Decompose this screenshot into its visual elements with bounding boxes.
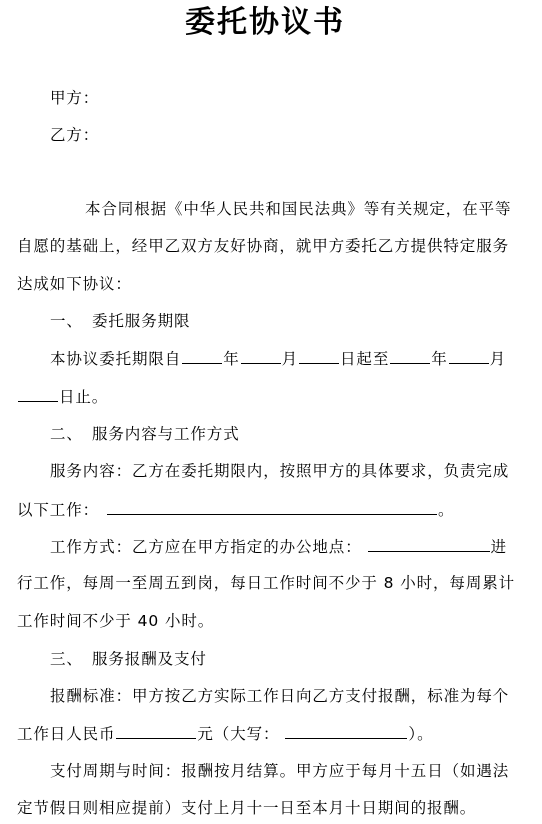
fee-standard-line-1: 报酬标准：甲方按乙方实际工作日向乙方支付报酬，标准为每个 xyxy=(50,686,509,706)
work-method-line-2: 行工作，每周一至周五到岗，每日工作时间不少于 8 小时，每周累计 xyxy=(17,573,515,593)
service-content-line-2: 以下工作：。 xyxy=(17,499,454,520)
start-month-blank[interactable] xyxy=(241,348,281,364)
term-end-label: 日止。 xyxy=(59,388,108,406)
preamble-line-1: 本合同根据《中华人民共和国民法典》等有关规定，在平等 xyxy=(85,199,511,219)
term-prefix: 本协议委托期限自 xyxy=(50,350,181,368)
work-items-blank[interactable] xyxy=(107,499,437,515)
fee-standard-line-2: 工作日人民币元（大写：）。 xyxy=(17,723,433,744)
day-start-label: 日起至 xyxy=(340,350,389,368)
section-3-heading: 三、服务报酬及支付 xyxy=(50,649,207,669)
work-method-line-3: 工作时间不少于 40 小时。 xyxy=(17,611,214,631)
term-line-end: 日止。 xyxy=(17,386,108,407)
month-label: 月 xyxy=(282,350,298,368)
fee-middle: 元（大写： xyxy=(197,725,279,743)
term-line: 本协议委托期限自年月日起至年月 xyxy=(50,348,506,369)
method-suffix: 进 xyxy=(491,538,507,556)
year-label: 年 xyxy=(431,350,447,368)
daily-fee-amount-blank[interactable] xyxy=(116,723,196,739)
month-label: 月 xyxy=(490,350,506,368)
end-month-blank[interactable] xyxy=(449,348,489,364)
end-day-blank[interactable] xyxy=(18,386,58,402)
content-prefix: 以下工作： xyxy=(17,501,99,519)
section-3-title: 服务报酬及支付 xyxy=(92,650,207,668)
end-year-blank[interactable] xyxy=(390,348,430,364)
fee-prefix: 工作日人民币 xyxy=(17,725,115,743)
service-content-line-1: 服务内容：乙方在委托期限内，按照甲方的具体要求，负责完成 xyxy=(50,461,509,481)
office-location-blank[interactable] xyxy=(368,536,490,552)
preamble-line-3: 达成如下协议： xyxy=(17,274,132,294)
year-label: 年 xyxy=(223,350,239,368)
section-2-title: 服务内容与工作方式 xyxy=(92,425,240,443)
start-year-blank[interactable] xyxy=(182,348,222,364)
preamble-line-2: 自愿的基础上，经甲乙双方友好协商，就甲方委托乙方提供特定服务 xyxy=(17,236,509,256)
section-2-number: 二、 xyxy=(50,424,92,444)
work-method-line-1: 工作方式：乙方应在甲方指定的办公地点：进 xyxy=(50,536,507,557)
payment-line-1: 支付周期与时间：报酬按月结算。甲方应于每月十五日（如遇法 xyxy=(50,761,509,781)
party-b-label: 乙方： xyxy=(50,125,99,145)
daily-fee-capital-blank[interactable] xyxy=(285,723,407,739)
section-2-heading: 二、服务内容与工作方式 xyxy=(50,424,240,444)
payment-line-2: 定节假日则相应提前）支付上月十一日至本月十日期间的报酬。 xyxy=(17,798,476,818)
start-day-blank[interactable] xyxy=(299,348,339,364)
section-1-number: 一、 xyxy=(50,311,92,331)
section-1-heading: 一、委托服务期限 xyxy=(50,311,190,331)
party-a-label: 甲方： xyxy=(50,88,99,108)
section-1-title: 委托服务期限 xyxy=(92,312,190,330)
method-prefix: 工作方式：乙方应在甲方指定的办公地点： xyxy=(50,538,362,556)
document-title: 委托协议书 xyxy=(0,4,530,42)
content-suffix: 。 xyxy=(438,501,454,519)
section-3-number: 三、 xyxy=(50,649,92,669)
fee-suffix: ）。 xyxy=(408,725,433,743)
